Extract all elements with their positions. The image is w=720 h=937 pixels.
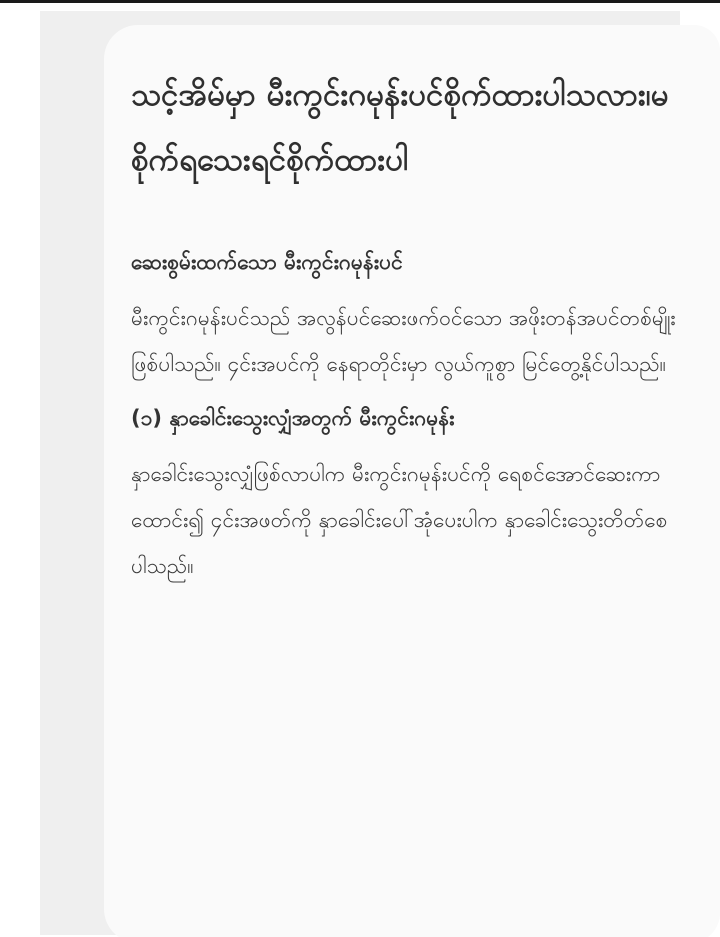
article-title: သင့်အိမ်မှာ မီးကွင်းဂမုန်းပင်စိုက်ထားပါသ… — [131, 63, 690, 193]
top-border — [0, 0, 720, 3]
screenshot-panel: သင့်အိမ်မှာ မီးကွင်းဂမုန်းပင်စိုက်ထားပါသ… — [40, 11, 680, 935]
article-card: သင့်အိမ်မှာ မီးကွင်းဂမုန်းပင်စိုက်ထားပါသ… — [104, 25, 720, 937]
section-body-medicinal-plant: မီးကွင်းဂမုန်းပင်သည် အလွန်ပင်ဆေးဖက်ဝင်သေ… — [131, 295, 690, 387]
section-heading-nosebleed: (၁) နှာခေါင်းသွေးလျှံအတွက် မီးကွင်းဂမုန်… — [131, 395, 690, 441]
section-body-nosebleed: နှာခေါင်းသွေးလျှံဖြစ်လာပါက မီးကွင်းဂမုန်… — [131, 451, 690, 589]
section-heading-medicinal-plant: ဆေးစွမ်းထက်သော မီးကွင်းဂမုန်းပင် — [131, 239, 690, 285]
